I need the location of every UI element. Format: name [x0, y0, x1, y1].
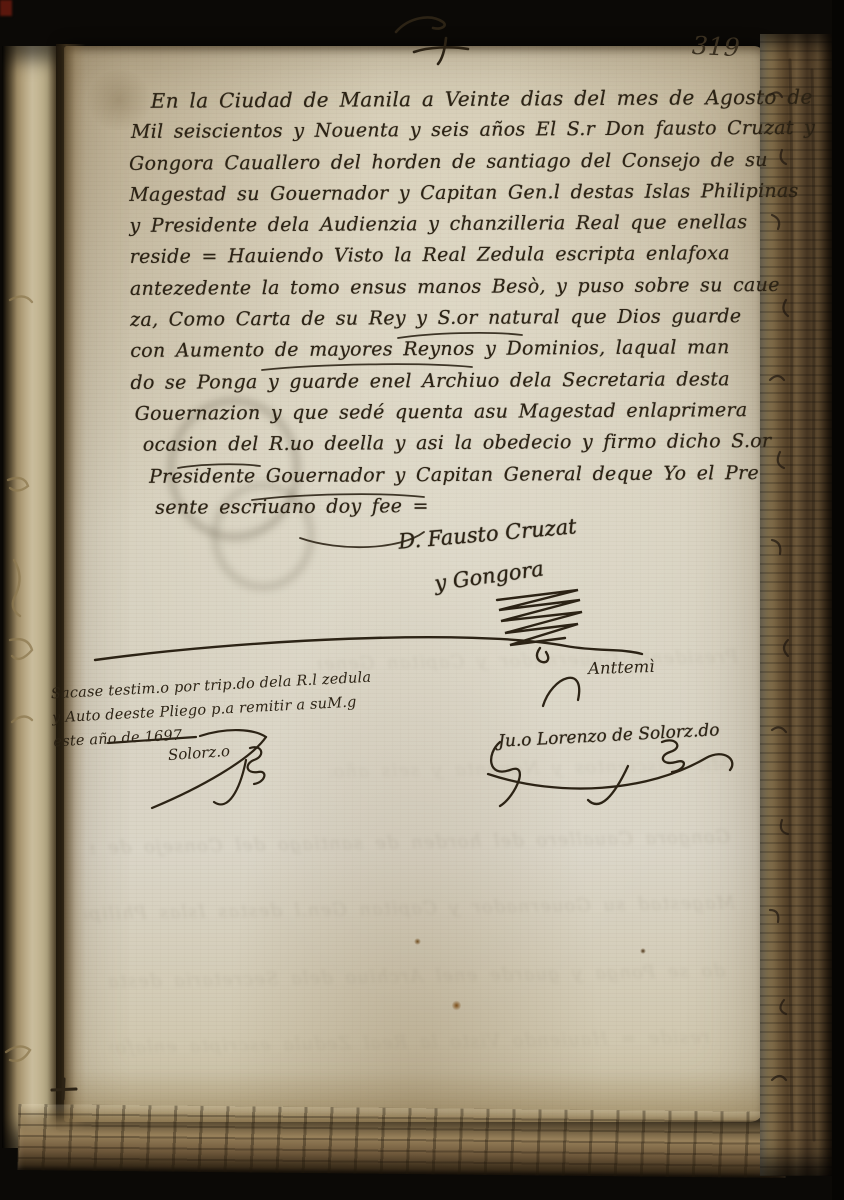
manuscript-line: ocasion del R.uo deella y asi la obedeci…: [131, 426, 747, 461]
manuscript-line: Gouernazion y que sedé quenta asu Magest…: [131, 395, 747, 430]
manuscript-line: En la Ciudad de Manila a Veinte dias del…: [129, 82, 745, 117]
bottom-page-edges: [18, 1104, 787, 1178]
corner-speck: [0, 0, 12, 16]
attestation-label: Anttemì: [588, 657, 655, 678]
manuscript-line: Mil seiscientos y Nouenta y seis años El…: [129, 113, 745, 148]
manuscript-line: reside = Hauiendo Visto la Real Zedula e…: [130, 239, 746, 274]
manuscript-photo: Presidente Gouernador y Capitan General …: [0, 0, 844, 1200]
manuscript-line: za, Como Carta de su Rey y S.or natural …: [130, 301, 746, 336]
manuscript-line: Presidente Gouernador y Capitan General …: [131, 458, 747, 493]
manuscript-line: y Presidente dela Audienzia y chanziller…: [129, 207, 745, 242]
ink-stain: [640, 948, 646, 954]
manuscript-line: con Aumento de mayores Reynos y Dominios…: [130, 332, 746, 367]
manuscript-line: do se Ponga y guarde enel Archiuo dela S…: [130, 364, 746, 399]
adjacent-page-sliver: [2, 46, 60, 1148]
folio-number: 319: [691, 31, 740, 62]
background-right: [832, 0, 844, 1200]
binding-gutter-shadow: [56, 44, 86, 1130]
manuscript-line: antezedente la tomo ensus manos Besò, y …: [130, 270, 746, 305]
manuscript-line: sente escriuano doy fee =: [131, 489, 747, 524]
manuscript-line: Gongora Cauallero del horden de santiago…: [129, 145, 745, 180]
ink-stain: [452, 1000, 461, 1011]
book-fore-edge: [760, 34, 836, 1176]
manuscript-line: Magestad su Gouernador y Capitan Gen.l d…: [129, 176, 745, 211]
ink-stain: [414, 938, 421, 945]
manuscript-body: En la Ciudad de Manila a Veinte dias del…: [129, 82, 748, 524]
